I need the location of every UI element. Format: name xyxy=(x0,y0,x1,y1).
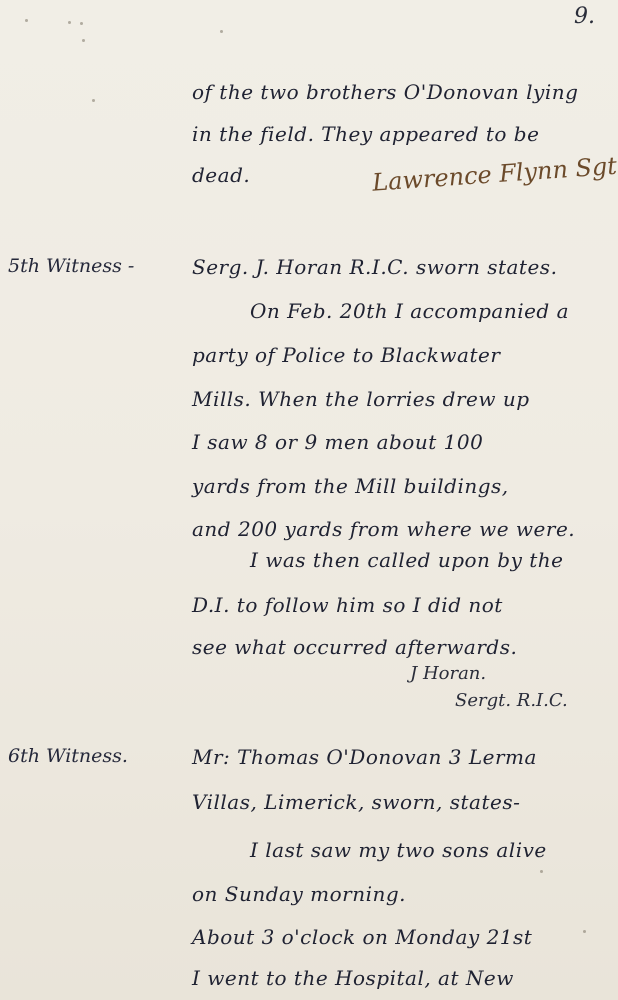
witness-5-line: I was then called upon by the xyxy=(250,548,564,572)
paper-speck xyxy=(82,39,85,42)
paper-speck xyxy=(92,99,95,102)
page-number: 9. xyxy=(574,4,595,29)
continuation-line: of the two brothers O'Donovan lying xyxy=(192,80,578,104)
signature-flynn: Lawrence Flynn Sgt. xyxy=(371,151,618,197)
continuation-line: dead. xyxy=(192,163,250,187)
witness-5-line: party of Police to Blackwater xyxy=(192,343,500,367)
paper-speck xyxy=(583,930,586,933)
witness-6-line: Mr: Thomas O'Donovan 3 Lerma xyxy=(192,745,537,769)
witness-6-line: I went to the Hospital, at New xyxy=(192,966,514,990)
paper-speck xyxy=(220,30,223,33)
witness-5-line: Serg. J. Horan R.I.C. sworn states. xyxy=(192,255,557,279)
paper-speck xyxy=(540,870,543,873)
paper-speck xyxy=(80,22,83,25)
witness-6-line: Villas, Limerick, sworn, states- xyxy=(192,790,520,814)
signature-horan: J Horan. xyxy=(410,663,486,684)
witness-5-line: D.I. to follow him so I did not xyxy=(192,593,503,617)
paper-speck xyxy=(68,21,71,24)
witness-5-line: see what occurred afterwards. xyxy=(192,635,517,659)
witness-5-label: 5th Witness - xyxy=(8,255,134,277)
paper-speck xyxy=(25,19,28,22)
witness-5-line: and 200 yards from where we were. xyxy=(192,517,575,541)
witness-5-line: On Feb. 20th I accompanied a xyxy=(250,299,569,323)
witness-6-line: About 3 o'clock on Monday 21st xyxy=(192,925,532,949)
continuation-line: in the field. They appeared to be xyxy=(192,122,539,146)
witness-5-line: I saw 8 or 9 men about 100 xyxy=(192,430,483,454)
manuscript-page: 9. of the two brothers O'Donovan lying i… xyxy=(0,0,618,1000)
witness-5-line: Mills. When the lorries drew up xyxy=(192,387,530,411)
witness-5-line: yards from the Mill buildings, xyxy=(192,474,509,498)
witness-6-line: on Sunday morning. xyxy=(192,882,406,906)
witness-6-line: I last saw my two sons alive xyxy=(250,838,547,862)
witness-6-label: 6th Witness. xyxy=(8,745,128,767)
signature-horan-rank: Sergt. R.I.C. xyxy=(455,690,568,711)
